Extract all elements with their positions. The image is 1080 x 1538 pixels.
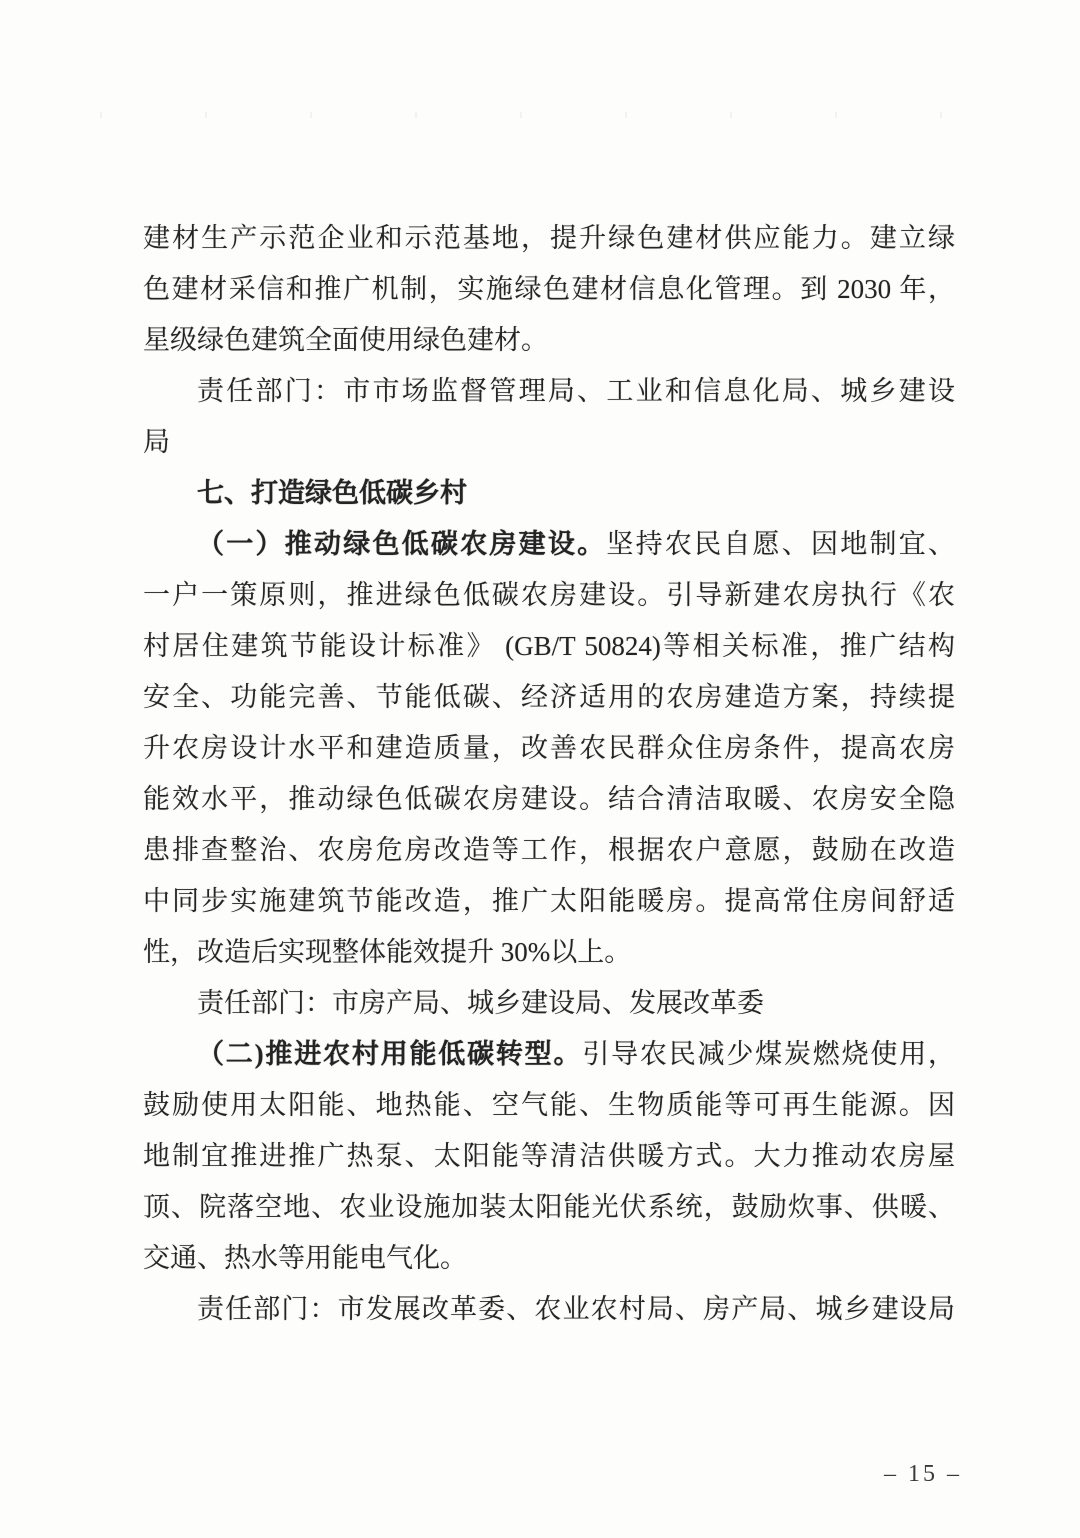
text-line: 安全、功能完善、节能低碳、经济适用的农房建造方案，持续提 xyxy=(143,672,955,723)
text-line: 村居住建筑节能设计标准》 (GB/T 50824)等相关标准，推广结构 xyxy=(143,621,955,672)
text-line: 七、打造绿色低碳乡村 xyxy=(143,468,955,519)
document-body: 建材生产示范企业和示范基地，提升绿色建材供应能力。建立绿色建材采信和推广机制，实… xyxy=(143,213,955,1335)
text-line: 地制宜推进推广热泵、太阳能等清洁供暖方式。大力推动农房屋 xyxy=(143,1131,955,1182)
text-segment: 建材生产示范企业和示范基地，提升绿色建材供应能力。建立绿 xyxy=(143,223,955,253)
text-segment: 安全、功能完善、节能低碳、经济适用的农房建造方案，持续提 xyxy=(143,682,955,712)
text-line: （二)推进农村用能低碳转型。引导农民减少煤炭燃烧使用， xyxy=(143,1029,955,1080)
text-segment: 中同步实施建筑节能改造，推广太阳能暖房。提高常住房间舒适 xyxy=(143,886,955,916)
text-line: 局 xyxy=(143,417,955,468)
scanned-document-page: 建材生产示范企业和示范基地，提升绿色建材供应能力。建立绿色建材采信和推广机制，实… xyxy=(0,0,1080,1538)
text-line: 责任部门：市发展改革委、农业农村局、房产局、城乡建设局 xyxy=(143,1284,955,1335)
text-segment: 一户一策原则，推进绿色低碳农房建设。引导新建农房执行《农 xyxy=(143,580,955,610)
text-segment: 引导农民减少煤炭燃烧使用， xyxy=(582,1039,955,1069)
text-segment: 村居住建筑节能设计标准》 (GB/T 50824)等相关标准，推广结构 xyxy=(143,631,955,661)
text-line: （一）推动绿色低碳农房建设。坚持农民自愿、因地制宜、 xyxy=(143,519,955,570)
text-line: 升农房设计水平和建造质量，改善农民群众住房条件，提高农房 xyxy=(143,723,955,774)
page-number: – 15 – xyxy=(884,1461,962,1488)
text-line: 色建材采信和推广机制，实施绿色建材信息化管理。到 2030 年， xyxy=(143,264,955,315)
text-line: 建材生产示范企业和示范基地，提升绿色建材供应能力。建立绿 xyxy=(143,213,955,264)
bold-text-segment: （一）推动绿色低碳农房建设。 xyxy=(197,529,606,559)
text-segment: 交通、热水等用能电气化。 xyxy=(143,1243,467,1273)
text-segment: 顶、院落空地、农业设施加装太阳能光伏系统，鼓励炊事、供暖、 xyxy=(143,1192,955,1222)
text-segment: 责任部门：市房产局、城乡建设局、发展改革委 xyxy=(197,988,764,1018)
text-segment: 责任部门：市发展改革委、农业农村局、房产局、城乡建设局 xyxy=(197,1294,955,1324)
text-segment: 坚持农民自愿、因地制宜、 xyxy=(606,529,955,559)
text-segment: 局 xyxy=(143,427,170,457)
text-line: 患排查整治、农房危房改造等工作，根据农户意愿，鼓励在改造 xyxy=(143,825,955,876)
text-segment: 性，改造后实现整体能效提升 30%以上。 xyxy=(143,937,631,967)
scan-noise-artifact xyxy=(100,112,980,118)
text-line: 星级绿色建筑全面使用绿色建材。 xyxy=(143,315,955,366)
bold-text-segment: 七、打造绿色低碳乡村 xyxy=(197,478,467,508)
text-segment: 升农房设计水平和建造质量，改善农民群众住房条件，提高农房 xyxy=(143,733,955,763)
text-segment: 患排查整治、农房危房改造等工作，根据农户意愿，鼓励在改造 xyxy=(143,835,955,865)
text-line: 中同步实施建筑节能改造，推广太阳能暖房。提高常住房间舒适 xyxy=(143,876,955,927)
text-line: 责任部门：市房产局、城乡建设局、发展改革委 xyxy=(143,978,955,1029)
text-segment: 能效水平，推动绿色低碳农房建设。结合清洁取暖、农房安全隐 xyxy=(143,784,955,814)
text-line: 顶、院落空地、农业设施加装太阳能光伏系统，鼓励炊事、供暖、 xyxy=(143,1182,955,1233)
text-line: 性，改造后实现整体能效提升 30%以上。 xyxy=(143,927,955,978)
text-segment: 星级绿色建筑全面使用绿色建材。 xyxy=(143,325,548,355)
text-segment: 责任部门：市市场监督管理局、工业和信息化局、城乡建设 xyxy=(197,376,955,406)
text-line: 一户一策原则，推进绿色低碳农房建设。引导新建农房执行《农 xyxy=(143,570,955,621)
text-line: 鼓励使用太阳能、地热能、空气能、生物质能等可再生能源。因 xyxy=(143,1080,955,1131)
text-line: 责任部门：市市场监督管理局、工业和信息化局、城乡建设 xyxy=(143,366,955,417)
text-segment: 地制宜推进推广热泵、太阳能等清洁供暖方式。大力推动农房屋 xyxy=(143,1141,955,1171)
text-segment: 色建材采信和推广机制，实施绿色建材信息化管理。到 2030 年， xyxy=(143,274,955,304)
text-segment: 鼓励使用太阳能、地热能、空气能、生物质能等可再生能源。因 xyxy=(143,1090,955,1120)
text-line: 能效水平，推动绿色低碳农房建设。结合清洁取暖、农房安全隐 xyxy=(143,774,955,825)
bold-text-segment: （二)推进农村用能低碳转型。 xyxy=(197,1039,582,1069)
text-line: 交通、热水等用能电气化。 xyxy=(143,1233,955,1284)
